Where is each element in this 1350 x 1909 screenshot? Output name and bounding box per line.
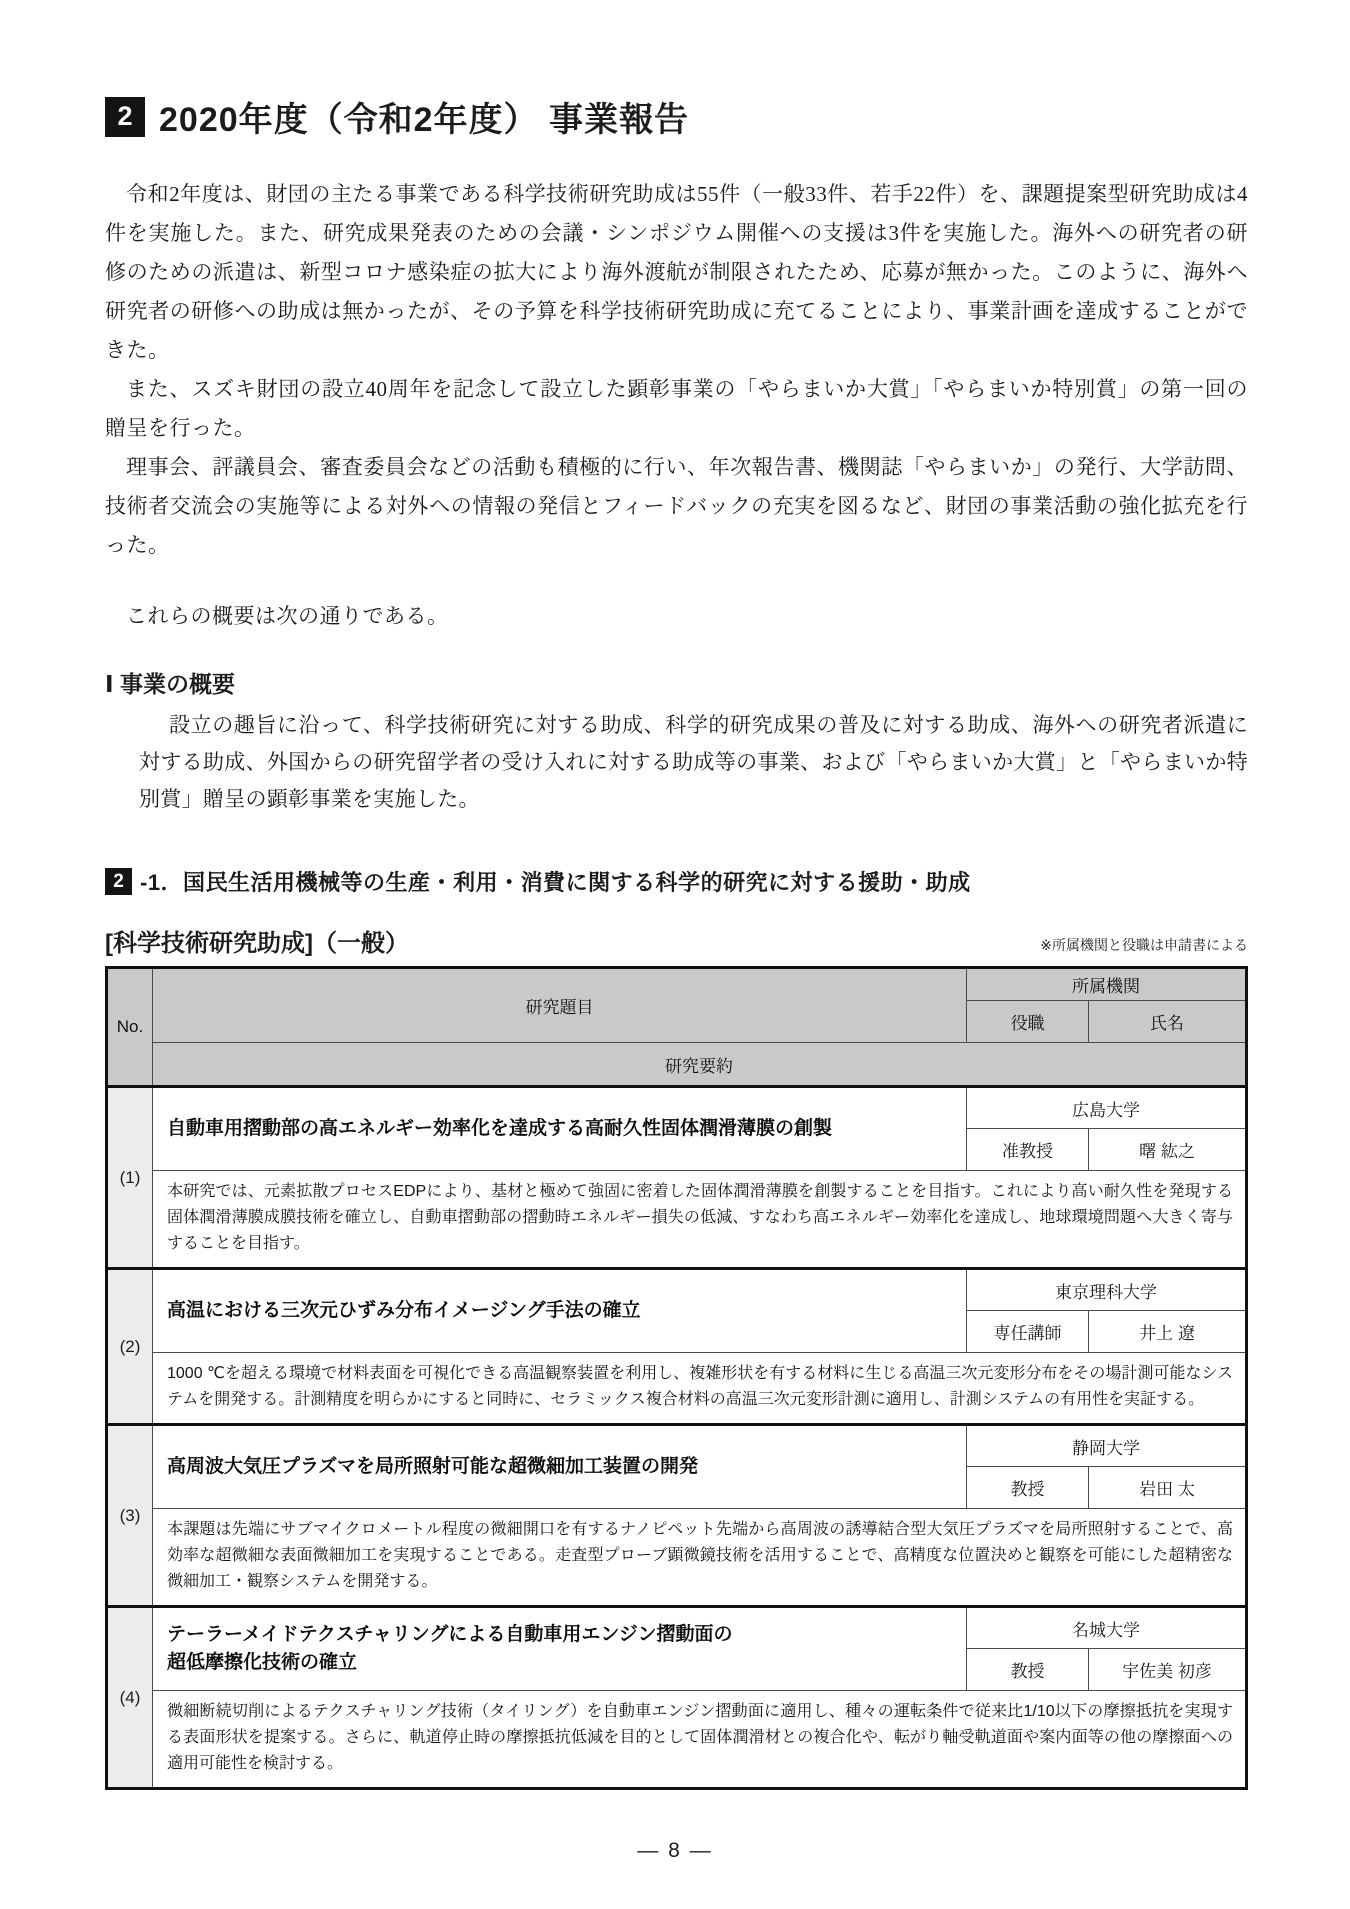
position: 専任講師 <box>967 1311 1089 1353</box>
table-row: (3)高周波大気圧プラズマを局所照射可能な超微細加工装置の開発静岡大学 <box>107 1425 1247 1467</box>
researcher-name: 曙 紘之 <box>1089 1129 1247 1171</box>
row-no: (1) <box>107 1087 153 1269</box>
section21-number-badge: 2 <box>105 868 132 895</box>
table-row: 本課題は先端にサブマイクロメートル程度の微細開口を有するナノピペット先端から高周… <box>107 1509 1247 1607</box>
header-research-title: 研究題目 <box>153 968 967 1043</box>
research-abstract: 1000 ℃を超える環境で材料表面を可視化できる高温観察装置を利用し、複雑形状を… <box>153 1353 1247 1425</box>
research-abstract: 微細断続切削によるテクスチャリング技術（タイリング）を自動車エンジン摺動面に適用… <box>153 1691 1247 1789</box>
header-affiliation: 所属機関 <box>967 968 1247 1001</box>
researcher-name: 宇佐美 初彦 <box>1089 1649 1247 1691</box>
research-abstract: 本課題は先端にサブマイクロメートル程度の微細開口を有するナノピペット先端から高周… <box>153 1509 1247 1607</box>
grant-table-header: No. 研究題目 所属機関 役職 氏名 研究要約 <box>107 968 1247 1087</box>
header-no: No. <box>107 968 153 1087</box>
grant-table-body: (1)自動車用摺動部の高エネルギー効率化を達成する高耐久性固体潤滑薄膜の創製広島… <box>107 1087 1247 1789</box>
section21-heading: -1．国民生活用機械等の生産・利用・消費に関する科学的研究に対する援助・助成 <box>140 866 971 897</box>
row-no: (2) <box>107 1269 153 1425</box>
researcher-name: 井上 遼 <box>1089 1311 1247 1353</box>
position: 教授 <box>967 1649 1089 1691</box>
university: 東京理科大学 <box>967 1269 1247 1311</box>
affiliation-note: ※所属機関と役職は申請書による <box>1040 935 1248 958</box>
intro-paragraph-3: 理事会、評議員会、審査委員会などの活動も積極的に行い、年次報告書、機関誌「やらま… <box>105 448 1248 565</box>
document-title-row: 2 2020年度（令和2年度） 事業報告 <box>105 92 1248 141</box>
university: 広島大学 <box>967 1087 1247 1129</box>
header-name: 氏名 <box>1089 1001 1247 1043</box>
table-row: (4)テーラーメイドテクスチャリングによる自動車用エンジン摺動面の 超低摩擦化技… <box>107 1607 1247 1649</box>
research-title: 高周波大気圧プラズマを局所照射可能な超微細加工装置の開発 <box>153 1425 967 1509</box>
researcher-name: 岩田 太 <box>1089 1467 1247 1509</box>
position: 准教授 <box>967 1129 1089 1171</box>
row-no: (3) <box>107 1425 153 1607</box>
page-title: 2020年度（令和2年度） 事業報告 <box>159 92 689 141</box>
section-number-badge: 2 <box>105 97 145 137</box>
summary-line: これらの概要は次の通りである。 <box>105 597 1248 636</box>
report-page: 2 2020年度（令和2年度） 事業報告 令和2年度は、財団の主たる事業である科… <box>0 0 1350 1909</box>
header-abstract: 研究要約 <box>153 1043 1247 1087</box>
subsection-row: [科学技術研究助成]（一般） ※所属機関と役職は申請書による <box>105 923 1248 958</box>
position: 教授 <box>967 1467 1089 1509</box>
section1-heading: Ⅰ 事業の概要 <box>105 666 1248 699</box>
section1-body: 設立の趣旨に沿って、科学技術研究に対する助成、科学的研究成果の普及に対する助成、… <box>139 707 1248 818</box>
header-position: 役職 <box>967 1001 1089 1043</box>
university: 名城大学 <box>967 1607 1247 1649</box>
research-abstract: 本研究では、元素拡散プロセスEDPにより、基材と極めて強固に密着した固体潤滑薄膜… <box>153 1171 1247 1269</box>
intro-paragraphs: 令和2年度は、財団の主たる事業である科学技術研究助成は55件（一般33件、若手2… <box>105 175 1248 636</box>
intro-paragraph-1: 令和2年度は、財団の主たる事業である科学技術研究助成は55件（一般33件、若手2… <box>105 175 1248 370</box>
table-row: 微細断続切削によるテクスチャリング技術（タイリング）を自動車エンジン摺動面に適用… <box>107 1691 1247 1789</box>
table-row: 1000 ℃を超える環境で材料表面を可視化できる高温観察装置を利用し、複雑形状を… <box>107 1353 1247 1425</box>
grant-table: No. 研究題目 所属機関 役職 氏名 研究要約 (1)自動車用摺動部の高エネル… <box>105 966 1248 1790</box>
row-no: (4) <box>107 1607 153 1789</box>
research-title: 高温における三次元ひずみ分布イメージング手法の確立 <box>153 1269 967 1353</box>
research-title: テーラーメイドテクスチャリングによる自動車用エンジン摺動面の 超低摩擦化技術の確… <box>153 1607 967 1691</box>
grant-category-label: [科学技術研究助成]（一般） <box>105 923 409 958</box>
section21-heading-row: 2 -1．国民生活用機械等の生産・利用・消費に関する科学的研究に対する援助・助成 <box>105 866 1248 897</box>
table-row: (2)高温における三次元ひずみ分布イメージング手法の確立東京理科大学 <box>107 1269 1247 1311</box>
research-title: 自動車用摺動部の高エネルギー効率化を達成する高耐久性固体潤滑薄膜の創製 <box>153 1087 967 1171</box>
page-number: — 8 — <box>0 1839 1350 1863</box>
table-row: 本研究では、元素拡散プロセスEDPにより、基材と極めて強固に密着した固体潤滑薄膜… <box>107 1171 1247 1269</box>
intro-paragraph-2: また、スズキ財団の設立40周年を記念して設立した顕彰事業の「やらまいか大賞」「や… <box>105 370 1248 448</box>
table-row: (1)自動車用摺動部の高エネルギー効率化を達成する高耐久性固体潤滑薄膜の創製広島… <box>107 1087 1247 1129</box>
university: 静岡大学 <box>967 1425 1247 1467</box>
